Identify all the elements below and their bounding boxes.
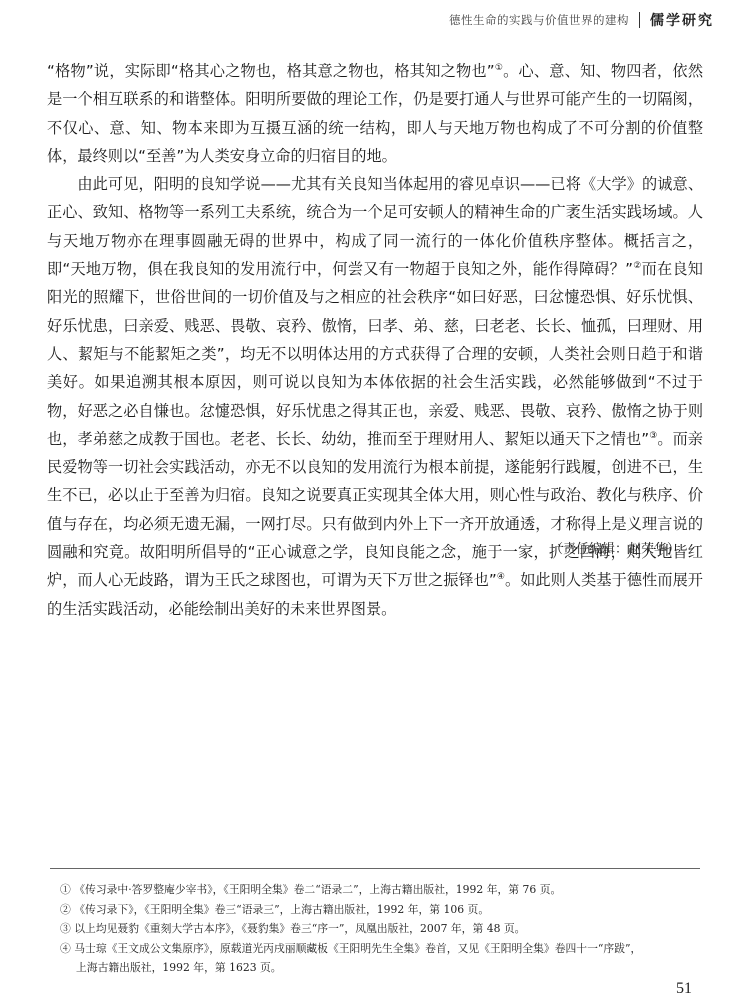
footnote-ref-2[interactable]: ②: [633, 261, 642, 271]
footnote-text: 以上均见聂豹《重刻大学古本序》，《聂豹集》卷三“序一”，凤凰出版社，2007 年…: [74, 922, 525, 935]
footnote-marker: ④: [60, 942, 71, 955]
footnote-4: ④ 马士琼《王文成公文集原序》，原载道光丙戌丽顺藏板《王阳明先生全集》卷首，又见…: [60, 939, 700, 978]
footnote-1: ① 《传习录中·答罗整庵少宰书》，《王阳明全集》卷二“语录二”，上海古籍出版社，…: [60, 880, 700, 900]
footnote-ref-1[interactable]: ①: [495, 63, 503, 73]
footnote-marker: ③: [60, 922, 71, 935]
paragraph-1: “格物”说，实际即“格其心之物也，格其意之物也，格其知之物也”①。心、意、知、物…: [47, 57, 703, 170]
footnote-text: 马士琼《王文成公文集原序》，原载道光丙戌丽顺藏板《王阳明先生全集》卷首，又见《王…: [74, 942, 641, 955]
footnote-ref-4[interactable]: ④: [497, 572, 505, 582]
text-segment: 而在良知阳光的照耀下，世俗世间的一切价值及与之相应的社会秩序“如曰好恶，曰忿懥恐…: [47, 260, 703, 448]
footnote-marker: ②: [60, 903, 71, 916]
footnote-2: ② 《传习录下》，《王阳明全集》卷三“语录三”，上海古籍出版社，1992 年，第…: [60, 900, 700, 920]
text-segment: “格物”说，实际即“格其心之物也，格其意之物也，格其知之物也”: [47, 62, 495, 80]
text-segment: 。而亲民爱物等一切社会实践活动，亦无不以良知的发用流行为根本前提，遂能躬行践履，…: [47, 430, 703, 589]
editor-credit: （责任编辑：赵荣华）: [550, 538, 680, 557]
running-header: 德性生命的实践与价值世界的建构 儒学研究: [449, 10, 714, 30]
footnotes: ① 《传习录中·答罗整庵少宰书》，《王阳明全集》卷二“语录二”，上海古籍出版社，…: [60, 880, 700, 978]
text-segment: 由此可见，阳明的良知学说——尤其有关良知当体起用的睿见卓识——已将《大学》的诚意…: [47, 175, 703, 278]
header-divider: [639, 12, 640, 28]
running-header-article-title: 德性生命的实践与价值世界的建构: [449, 12, 629, 28]
footnote-continuation: 上海古籍出版社，1992 年，第 1623 页。: [60, 958, 700, 978]
footnote-3: ③ 以上均见聂豹《重刻大学古本序》，《聂豹集》卷三“序一”，凤凰出版社，2007…: [60, 919, 700, 939]
page-number: 51: [676, 980, 692, 998]
running-header-column-name: 儒学研究: [650, 10, 714, 30]
footnote-text: 《传习录下》，《王阳明全集》卷三“语录三”，上海古籍出版社，1992 年，第 1…: [74, 903, 489, 916]
footnote-text: 《传习录中·答罗整庵少宰书》，《王阳明全集》卷二“语录二”，上海古籍出版社，19…: [74, 883, 561, 896]
footnote-marker: ①: [60, 883, 71, 896]
footnote-divider: [50, 868, 700, 869]
